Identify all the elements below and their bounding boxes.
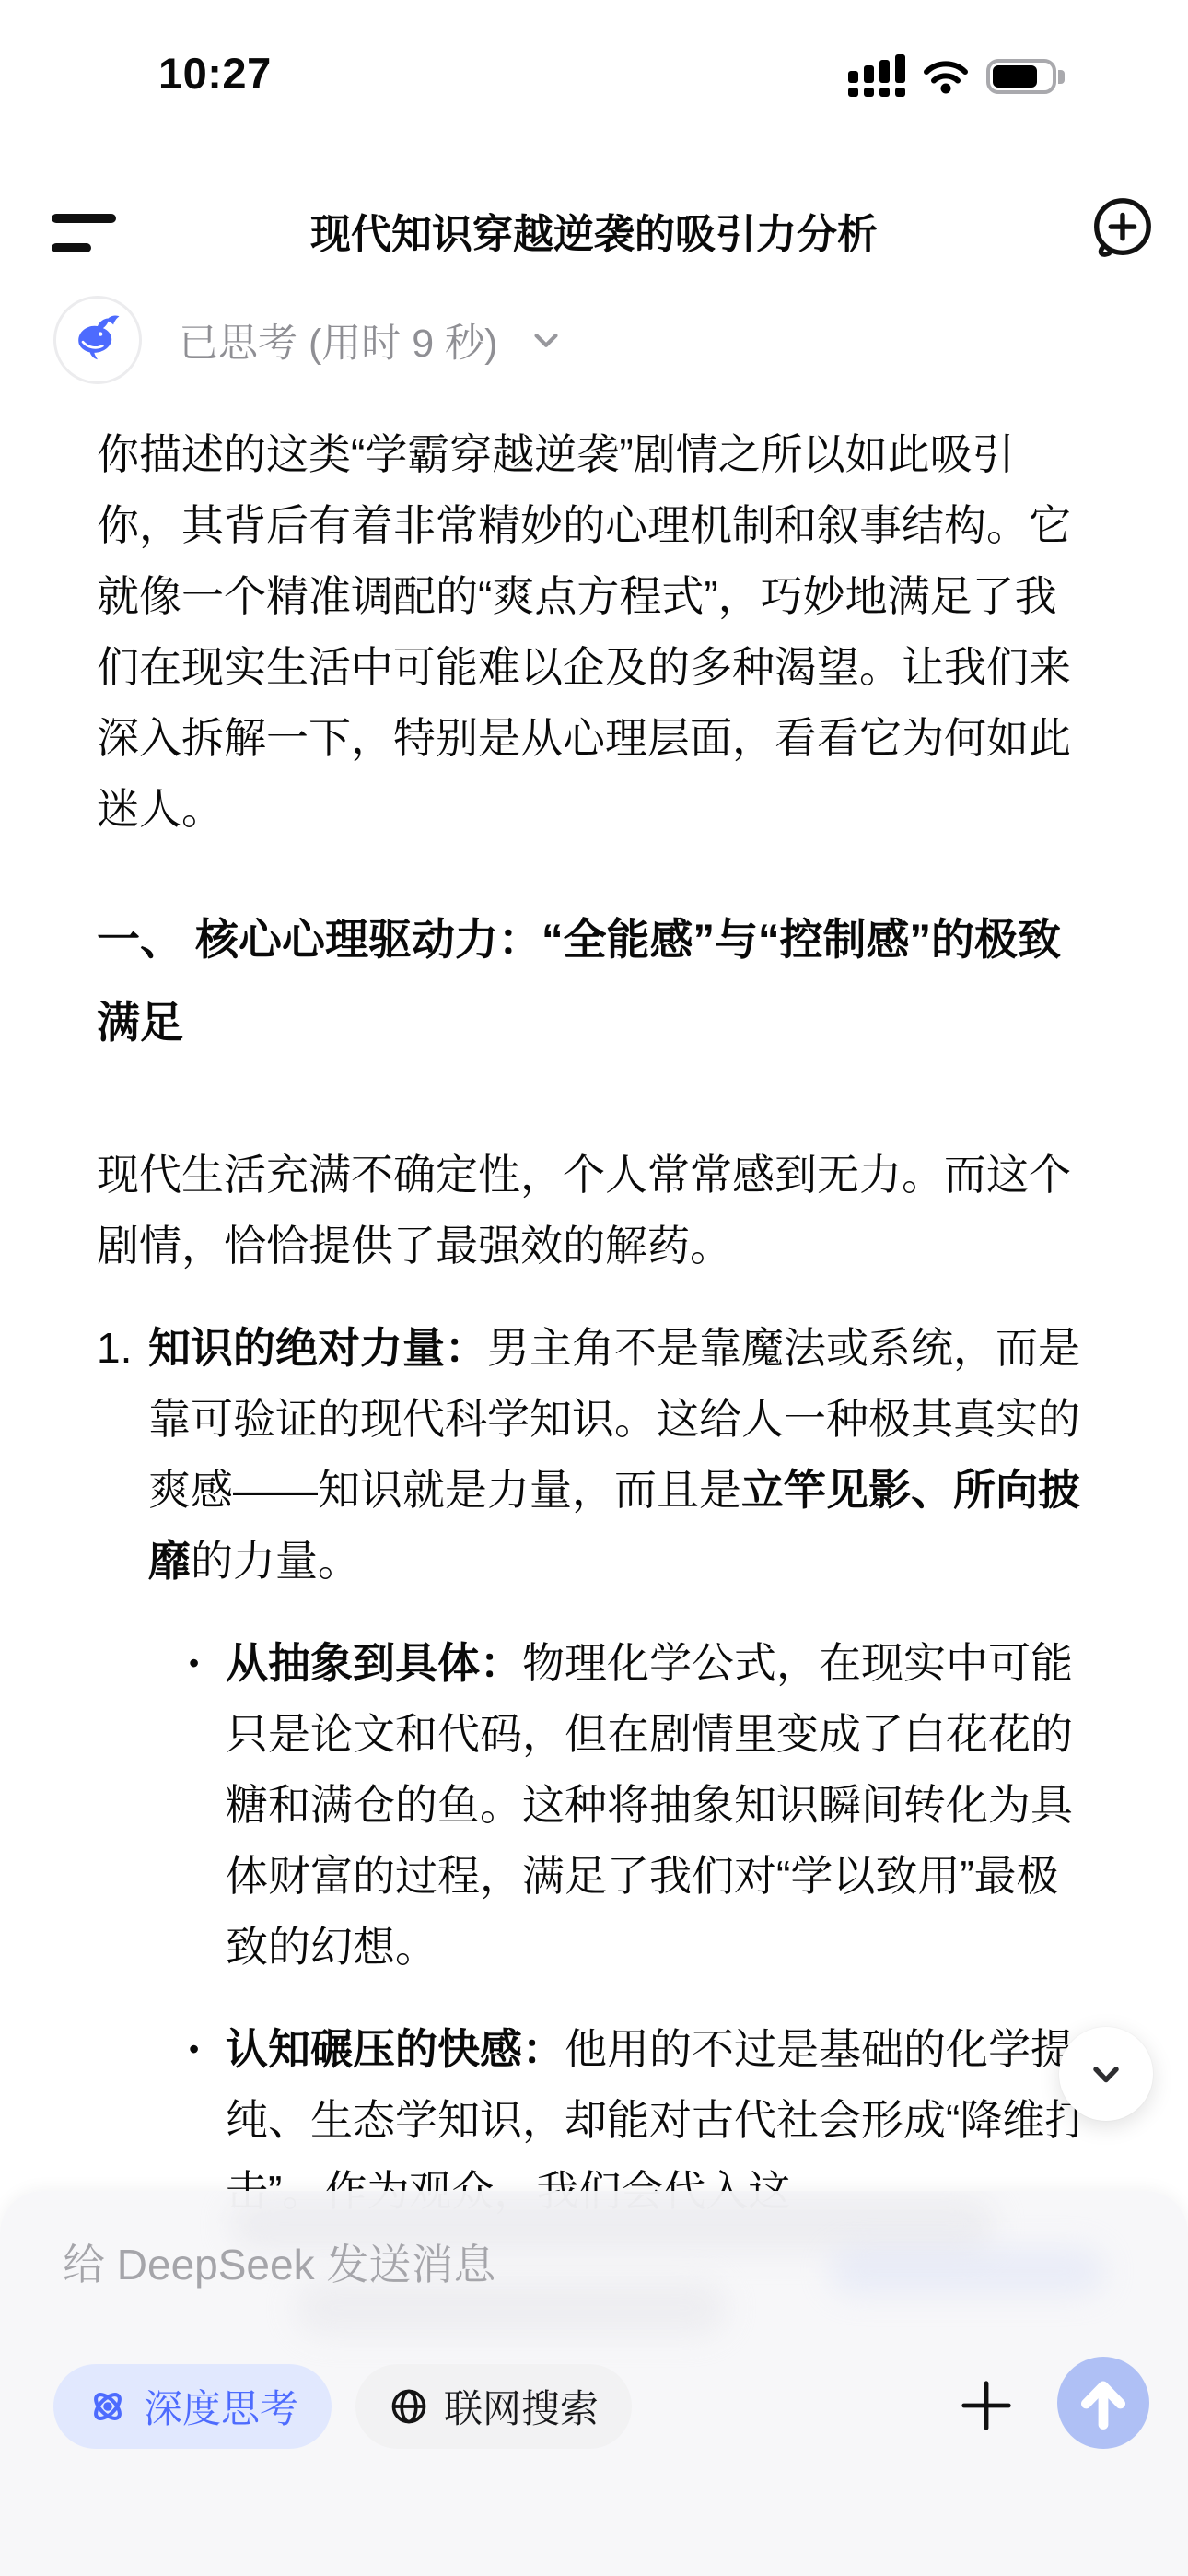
bullet-lead: 认知碾压的快感： (226, 2025, 565, 2073)
assistant-message: 你描述的这类“学霸穿越逆袭”剧情之所以如此吸引你，其背后有着非常精妙的心理机制和… (97, 419, 1091, 2227)
section-heading: 一、 核心心理驱动力：“全能感”与“控制感”的极致满足 (97, 898, 1091, 1064)
web-search-toggle[interactable]: 联网搜索 (355, 2364, 632, 2449)
bullet-text: 物理化学公式，在现实中可能只是论文和代码，但在剧情里变成了白花花的糖和满仓的鱼。… (226, 1639, 1073, 1971)
thought-duration-label: 已思考 (用时 9 秒) (179, 312, 497, 369)
composer-panel: 给 DeepSeek 发送消息 深度思考 联网搜索 (0, 2191, 1188, 2576)
plus-icon (958, 2377, 1015, 2434)
scroll-to-bottom-button[interactable] (1059, 2027, 1153, 2121)
web-search-label: 联网搜索 (444, 2379, 599, 2434)
avatar (53, 296, 142, 384)
list-item-lead: 知识的绝对力量： (148, 1324, 487, 1372)
bullet-marker (189, 1628, 226, 1983)
add-button[interactable] (958, 2377, 1015, 2434)
thought-summary-row[interactable]: 已思考 (用时 9 秒) (53, 296, 564, 384)
deep-think-label: 深度思考 (144, 2379, 298, 2434)
message-input[interactable]: 给 DeepSeek 发送消息 (26, 2206, 1162, 2327)
numbered-list-item: 1. 知识的绝对力量：男主角不是靠魔法或系统，而是靠可验证的现代科学知识。这给人… (97, 1313, 1091, 1597)
new-chat-button[interactable] (1087, 193, 1157, 263)
page-title: 现代知识穿越逆袭的吸引力分析 (0, 201, 1188, 260)
arrow-up-icon (1058, 2358, 1148, 2448)
bullet-list-item: 从抽象到具体：物理化学公式，在现实中可能只是论文和代码，但在剧情里变成了白花花的… (97, 1628, 1091, 1983)
composer-toolbar: 深度思考 联网搜索 (53, 2364, 632, 2449)
input-placeholder: 给 DeepSeek 发送消息 (63, 2231, 495, 2292)
paragraph: 你描述的这类“学霸穿越逆袭”剧情之所以如此吸引你，其背后有着非常精妙的心理机制和… (97, 419, 1091, 845)
battery-icon (986, 59, 1065, 94)
status-time: 10:27 (158, 48, 272, 99)
send-button[interactable] (1057, 2357, 1149, 2449)
cellular-signal-icon (848, 56, 905, 97)
new-chat-icon (1087, 193, 1157, 263)
bullet-lead: 从抽象到具体： (226, 1639, 522, 1687)
deepseek-logo-icon (68, 313, 127, 368)
deep-think-toggle[interactable]: 深度思考 (53, 2364, 332, 2449)
status-icons (848, 55, 1065, 98)
list-item-text: 的力量。 (191, 1537, 360, 1585)
globe-icon (389, 2386, 429, 2427)
paragraph: 现代生活充满不确定性，个人常常感到无力。而这个剧情，恰恰提供了最强效的解药。 (97, 1140, 1091, 1282)
chevron-down-icon[interactable] (529, 322, 564, 357)
wifi-icon (922, 58, 970, 95)
chevron-down-icon (1086, 2054, 1126, 2094)
deep-think-atom-icon (87, 2385, 129, 2428)
list-number: 1. (97, 1313, 148, 1597)
